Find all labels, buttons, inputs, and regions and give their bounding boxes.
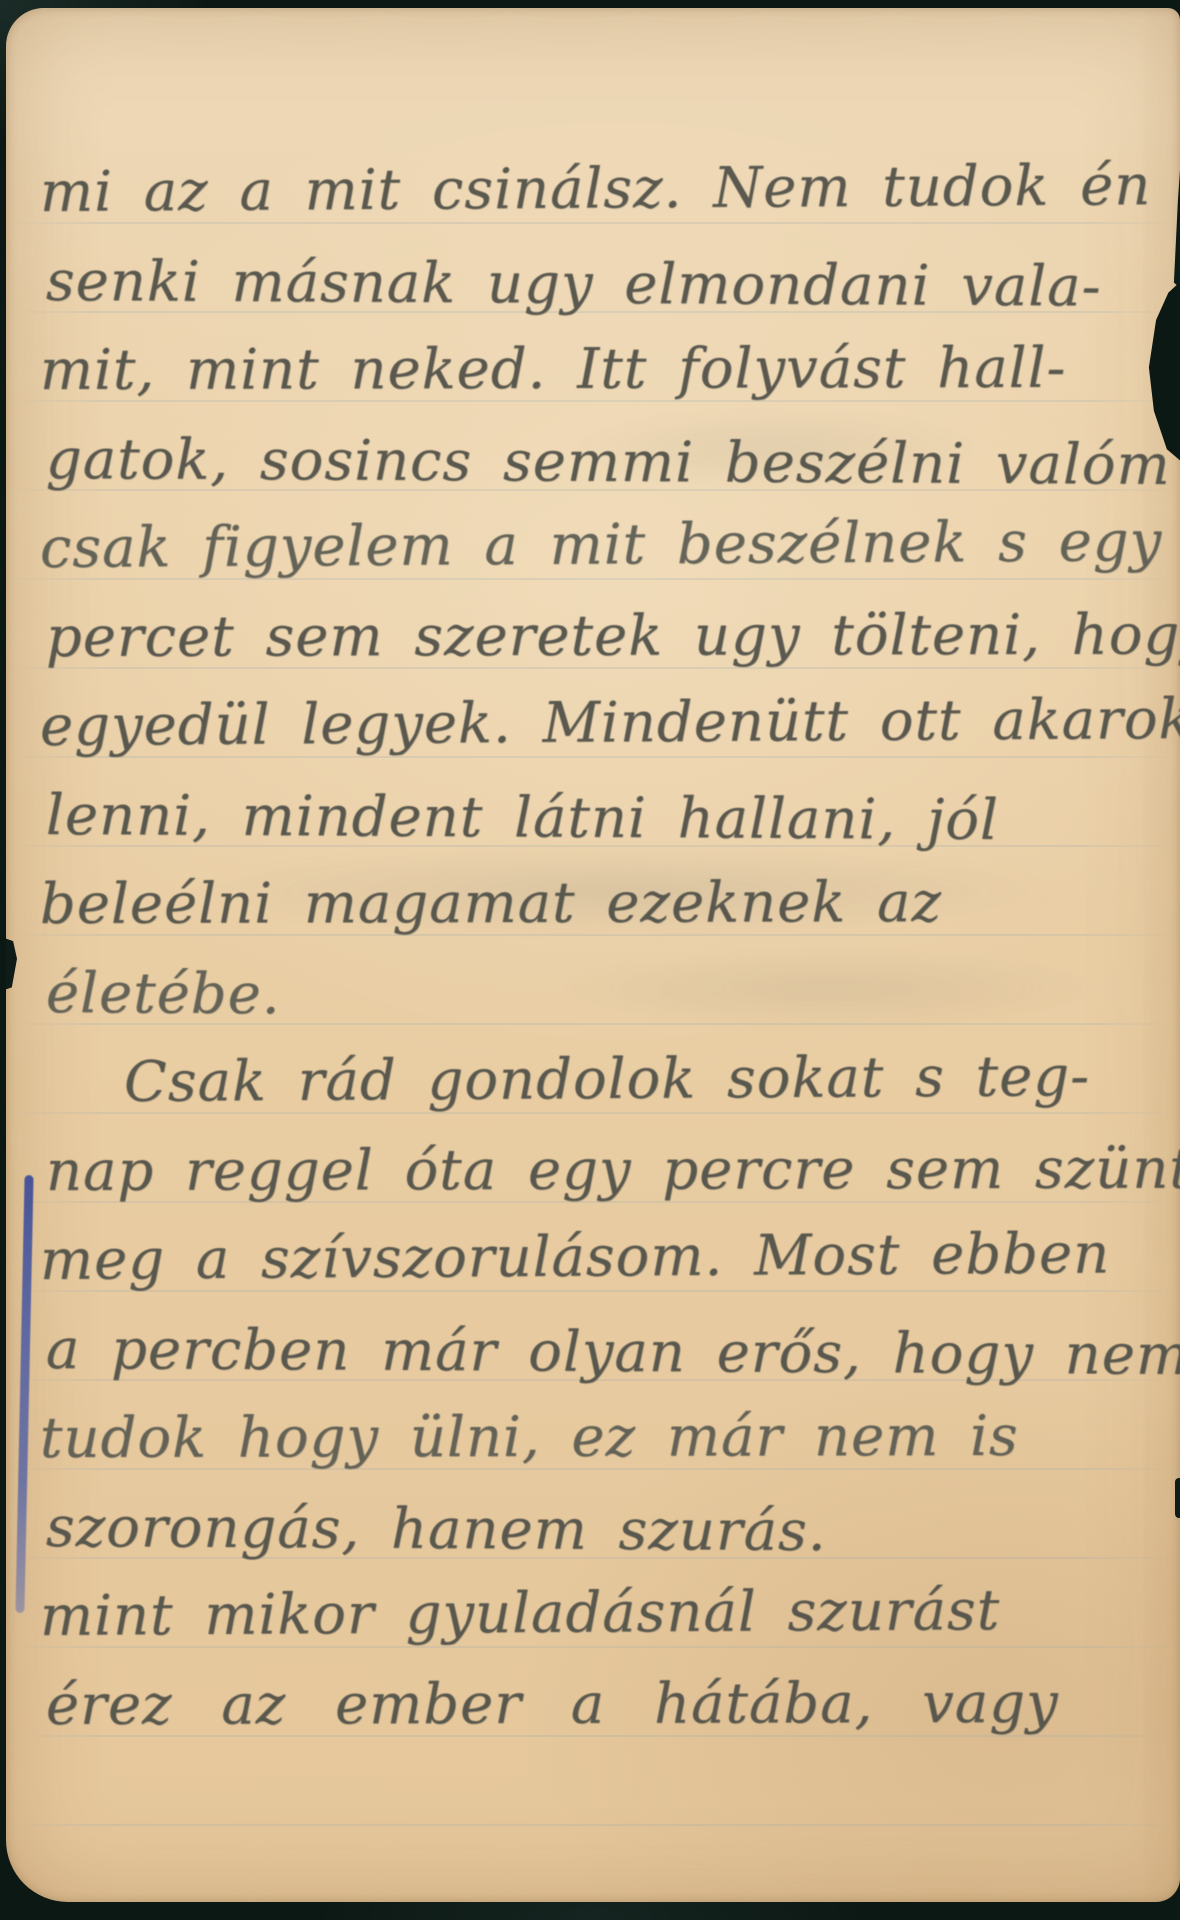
handwritten-line: Csak rád gondolok sokat s teg-: [124, 1044, 1090, 1115]
handwritten-line: érez az ember a hátába, vagy: [46, 1671, 1059, 1738]
handwritten-line: csak figyelem a mit beszélnek s egy: [40, 509, 1163, 581]
handwritten-line: egyedül legyek. Mindenütt ott akarok: [40, 687, 1180, 759]
handwritten-line: tudok hogy ülni, ez már nem is: [40, 1404, 1019, 1471]
manuscript-page: mi az a mit csinálsz. Nem tudok énsenki …: [6, 8, 1180, 1902]
handwritten-line: lenni, mindent látni hallani, jól: [46, 783, 999, 853]
handwritten-line: mit, mint neked. Itt folyvást hall-: [40, 336, 1067, 403]
right-edge-nick: [1175, 1478, 1180, 1518]
handwritten-line: szorongás, hanem szurás.: [46, 1495, 827, 1564]
handwritten-line: nap reggel óta egy percre sem szünt: [46, 1137, 1180, 1204]
handwritten-line: percet sem szeretek ugy tölteni, hogy: [46, 603, 1180, 670]
handwritten-line: mi az a mit csinálsz. Nem tudok én: [40, 153, 1152, 225]
handwritten-line: életébe.: [46, 961, 281, 1027]
handwritten-line: mint mikor gyuladásnál szurást: [40, 1578, 1001, 1649]
handwritten-line: meg a szívszorulásom. Most ebben: [40, 1221, 1111, 1293]
handwritten-line: senki másnak ugy elmondani vala-: [46, 249, 1102, 320]
handwritten-line: a percben már olyan erős, hogy nem: [46, 1317, 1180, 1388]
handwriting-layer: mi az a mit csinálsz. Nem tudok énsenki …: [6, 8, 1180, 1902]
handwritten-line: gatok, sosincs semmi beszélni valóm: [46, 427, 1171, 498]
handwritten-line: beleélni magamat ezeknek az: [40, 870, 942, 937]
